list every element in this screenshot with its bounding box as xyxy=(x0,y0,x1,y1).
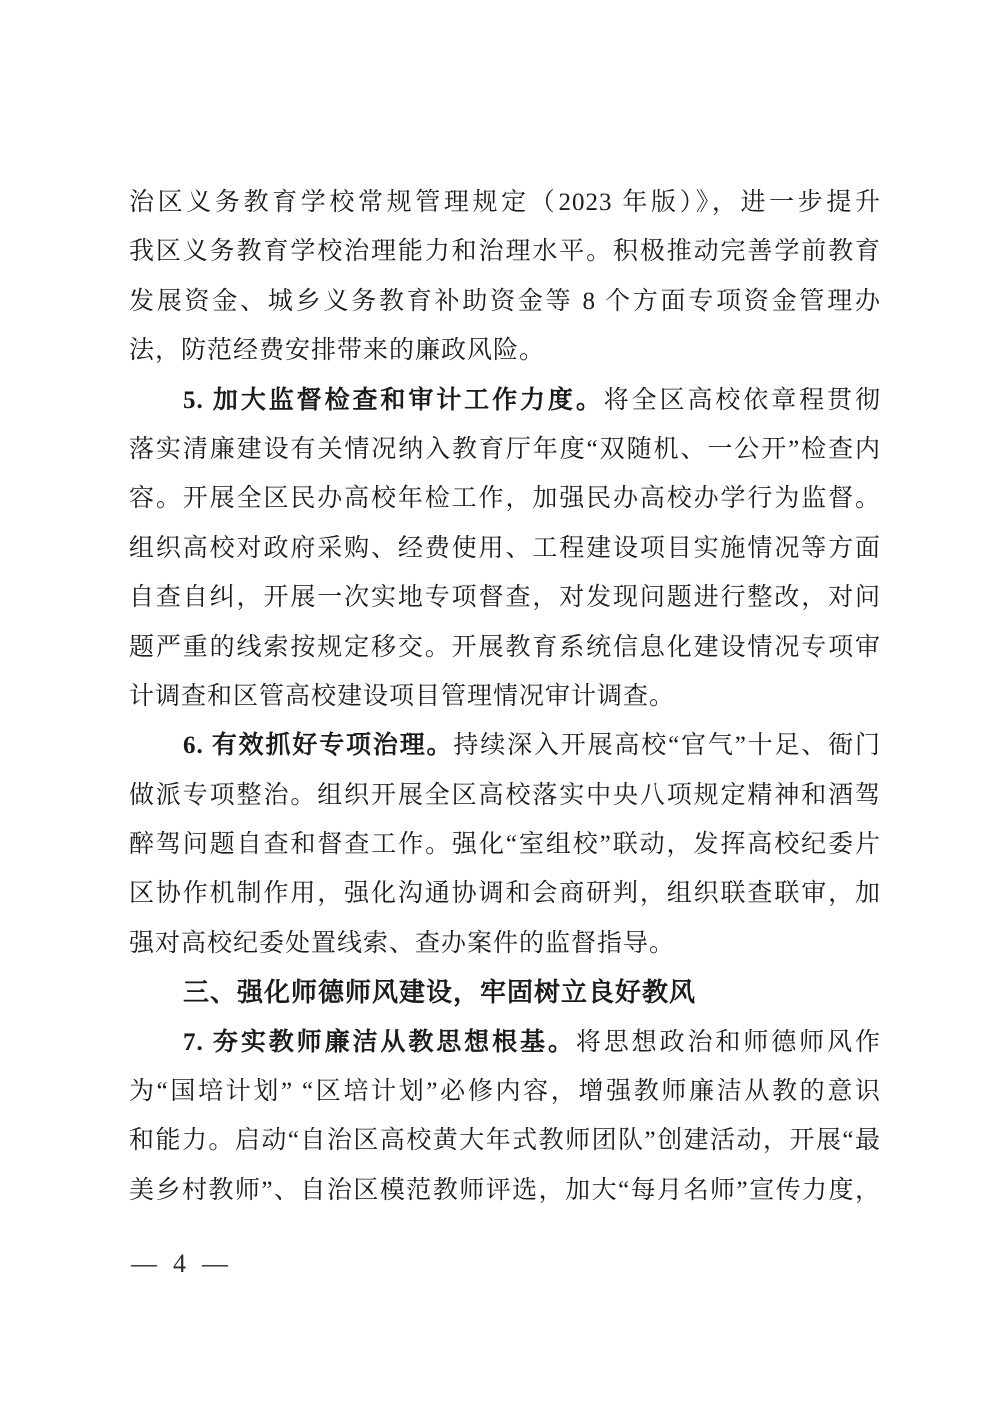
item-lead-text: 6. 有效抓好专项治理。 xyxy=(183,732,453,759)
text-line: 发展资金、城乡义务教育补助资金等 8 个方面专项资金管理办 xyxy=(129,277,881,326)
section-heading-line: 三、强化师德师风建设，牢固树立良好教风 xyxy=(129,968,881,1017)
item-lead-text: 7. 夯实教师廉洁从教思想根基。 xyxy=(183,1029,576,1056)
body-text: 和能力。启动“自治区高校黄大年式教师团队”创建活动，开展“最 xyxy=(129,1127,881,1154)
page-footer: —4— xyxy=(131,1248,228,1280)
body-text: 法，防范经费安排带来的廉政风险。 xyxy=(129,337,545,364)
body-text: 计调查和区管高校建设项目管理情况审计调查。 xyxy=(129,683,675,710)
body-text: 我区义务教育学校治理能力和治理水平。积极推动完善学前教育 xyxy=(129,238,881,265)
body-text: 做派专项整治。组织开展全区高校落实中央八项规定精神和酒驾 xyxy=(129,782,881,809)
text-line: 和能力。启动“自治区高校黄大年式教师团队”创建活动，开展“最 xyxy=(129,1116,881,1165)
text-line: 计调查和区管高校建设项目管理情况审计调查。 xyxy=(129,672,881,721)
footer-left-dash: — xyxy=(131,1249,157,1278)
body-text: 美乡村教师”、自治区模范教师评选，加大“每月名师”宣传力度， xyxy=(129,1177,881,1204)
item-lead-text: 5. 加大监督检查和审计工作力度。 xyxy=(183,387,604,414)
text-line: 为“国培计划” “区培计划”必修内容，增强教师廉洁从教的意识 xyxy=(129,1067,881,1116)
page-number: 4 xyxy=(173,1249,186,1278)
body-text: 落实清廉建设有关情况纳入教育厅年度“双随机、一公开”检查内 xyxy=(129,436,881,463)
body-text: 自查自纠，开展一次实地专项督查，对发现问题进行整改，对问 xyxy=(129,584,881,611)
document-body: 治区义务教育学校常规管理规定（2023 年版）》，进一步提升我区义务教育学校治理… xyxy=(129,178,881,1215)
body-text: 将思想政治和师德师风作 xyxy=(576,1029,881,1056)
para-continuation: 治区义务教育学校常规管理规定（2023 年版）》，进一步提升我区义务教育学校治理… xyxy=(129,178,881,376)
text-line: 落实清廉建设有关情况纳入教育厅年度“双随机、一公开”检查内 xyxy=(129,425,881,474)
para-item-6: 6. 有效抓好专项治理。持续深入开展高校“官气”十足、衙门做派专项整治。组织开展… xyxy=(129,721,881,968)
body-text: 组织高校对政府采购、经费使用、工程建设项目实施情况等方面 xyxy=(129,535,881,562)
text-line: 题严重的线索按规定移交。开展教育系统信息化建设情况专项审 xyxy=(129,623,881,672)
text-line: 醉驾问题自查和督查工作。强化“室组校”联动，发挥高校纪委片 xyxy=(129,820,881,869)
text-line: 自查自纠，开展一次实地专项督查，对发现问题进行整改，对问 xyxy=(129,573,881,622)
body-text: 容。开展全区民办高校年检工作，加强民办高校办学行为监督。 xyxy=(129,485,881,512)
para-item-7: 7. 夯实教师廉洁从教思想根基。将思想政治和师德师风作为“国培计划” “区培计划… xyxy=(129,1018,881,1216)
text-line: 区协作机制作用，强化沟通协调和会商研判，组织联查联审，加 xyxy=(129,869,881,918)
text-line: 治区义务教育学校常规管理规定（2023 年版）》，进一步提升 xyxy=(129,178,881,227)
text-line: 5. 加大监督检查和审计工作力度。将全区高校依章程贯彻 xyxy=(129,376,881,425)
footer-right-dash: — xyxy=(202,1249,228,1278)
text-line: 强对高校纪委处置线索、查办案件的监督指导。 xyxy=(129,919,881,968)
body-text: 将全区高校依章程贯彻 xyxy=(604,387,881,414)
text-line: 组织高校对政府采购、经费使用、工程建设项目实施情况等方面 xyxy=(129,524,881,573)
para-item-5: 5. 加大监督检查和审计工作力度。将全区高校依章程贯彻落实清廉建设有关情况纳入教… xyxy=(129,376,881,722)
heading-text: 三、强化师德师风建设，牢固树立良好教风 xyxy=(183,977,696,1007)
text-line: 7. 夯实教师廉洁从教思想根基。将思想政治和师德师风作 xyxy=(129,1018,881,1067)
body-text: 发展资金、城乡义务教育补助资金等 8 个方面专项资金管理办 xyxy=(129,288,881,315)
body-text: 持续深入开展高校“官气”十足、衙门 xyxy=(453,732,881,759)
text-line: 做派专项整治。组织开展全区高校落实中央八项规定精神和酒驾 xyxy=(129,771,881,820)
body-text: 为“国培计划” “区培计划”必修内容，增强教师廉洁从教的意识 xyxy=(129,1078,881,1105)
text-line: 容。开展全区民办高校年检工作，加强民办高校办学行为监督。 xyxy=(129,474,881,523)
text-line: 美乡村教师”、自治区模范教师评选，加大“每月名师”宣传力度， xyxy=(129,1166,881,1215)
body-text: 醉驾问题自查和督查工作。强化“室组校”联动，发挥高校纪委片 xyxy=(129,831,881,858)
document-page: 治区义务教育学校常规管理规定（2023 年版）》，进一步提升我区义务教育学校治理… xyxy=(0,0,1000,1414)
text-line: 我区义务教育学校治理能力和治理水平。积极推动完善学前教育 xyxy=(129,227,881,276)
body-text: 强对高校纪委处置线索、查办案件的监督指导。 xyxy=(129,930,675,957)
body-text: 治区义务教育学校常规管理规定（2023 年版）》，进一步提升 xyxy=(129,189,881,216)
body-text: 区协作机制作用，强化沟通协调和会商研判，组织联查联审，加 xyxy=(129,880,881,907)
body-text: 题严重的线索按规定移交。开展教育系统信息化建设情况专项审 xyxy=(129,634,881,661)
text-line: 6. 有效抓好专项治理。持续深入开展高校“官气”十足、衙门 xyxy=(129,721,881,770)
section-heading-3: 三、强化师德师风建设，牢固树立良好教风 xyxy=(129,968,881,1017)
text-line: 法，防范经费安排带来的廉政风险。 xyxy=(129,326,881,375)
